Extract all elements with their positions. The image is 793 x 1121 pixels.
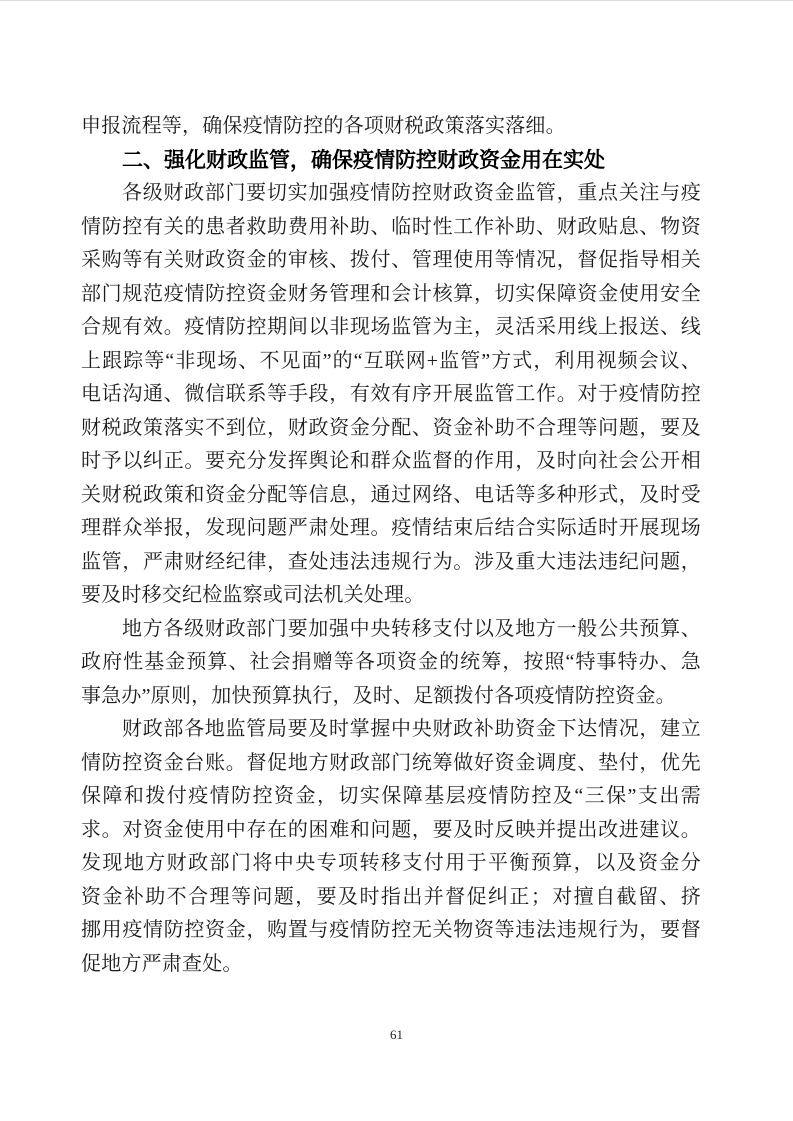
paragraph3-line: 发现地方财政部门将中央专项转移支付用于平衡预算，以及资金分配、 <box>81 847 701 881</box>
paragraph3-line: 保障和拨付疫情防控资金，切实保障基层疫情防控及“三保”支出需 <box>81 780 701 814</box>
paragraph1-line: 电话沟通、微信联系等手段，有效有序开展监管工作。对于疫情防控 <box>81 378 701 412</box>
paragraph1-last-line: 要及时移交纪检监察或司法机关处理。 <box>81 579 701 613</box>
document-body: 申报流程等，确保疫情防控的各项财税政策落实落细。 二、强化财政监管，确保疫情防控… <box>81 110 701 981</box>
paragraph2-line: 政府性基金预算、社会捐赠等各项资金的统筹，按照“特事特办、急 <box>81 646 701 680</box>
paragraph3-last-line: 促地方严肃查处。 <box>81 948 701 982</box>
paragraph3-line: 挪用疫情防控资金，购置与疫情防控无关物资等违法违规行为，要督 <box>81 914 701 948</box>
paragraph3-line: 情防控资金台账。督促地方财政部门统筹做好资金调度、垫付，优先 <box>81 747 701 781</box>
paragraph3-line: 财政部各地监管局要及时掌握中央财政补助资金下达情况，建立疫 <box>81 713 701 747</box>
paragraph1-line: 理群众举报，发现问题严肃处理。疫情结束后结合实际适时开展现场 <box>81 512 701 546</box>
paragraph1-line: 各级财政部门要切实加强疫情防控财政资金监管，重点关注与疫 <box>81 177 701 211</box>
section-heading: 二、强化财政监管，确保疫情防控财政资金用在实处 <box>81 144 701 178</box>
document-page: 申报流程等，确保疫情防控的各项财税政策落实落细。 二、强化财政监管，确保疫情防控… <box>0 0 793 1121</box>
paragraph-continuation-line: 申报流程等，确保疫情防控的各项财税政策落实落细。 <box>81 110 701 144</box>
scan-top-edge <box>0 0 793 1</box>
paragraph1-line: 时予以纠正。要充分发挥舆论和群众监督的作用，及时向社会公开相 <box>81 445 701 479</box>
paragraph1-line: 采购等有关财政资金的审核、拨付、管理使用等情况，督促指导相关 <box>81 244 701 278</box>
paragraph3-line: 求。对资金使用中存在的困难和问题，要及时反映并提出改进建议。 <box>81 814 701 848</box>
paragraph1-line: 情防控有关的患者救助费用补助、临时性工作补助、财政贴息、物资 <box>81 211 701 245</box>
paragraph1-line: 上跟踪等“非现场、不见面”的“互联网+监管”方式，利用视频会议、 <box>81 345 701 379</box>
paragraph2-line: 地方各级财政部门要加强中央转移支付以及地方一般公共预算、 <box>81 613 701 647</box>
paragraph1-line: 部门规范疫情防控资金财务管理和会计核算，切实保障资金使用安全 <box>81 278 701 312</box>
paragraph1-line: 关财税政策和资金分配等信息，通过网络、电话等多种形式，及时受 <box>81 479 701 513</box>
page-number: 61 <box>0 1027 793 1043</box>
paragraph1-line: 合规有效。疫情防控期间以非现场监管为主，灵活采用线上报送、线 <box>81 311 701 345</box>
paragraph1-line: 监管，严肃财经纪律，查处违法违规行为。涉及重大违法违纪问题， <box>81 546 701 580</box>
paragraph3-line: 资金补助不合理等问题，要及时指出并督促纠正；对擅自截留、挤占、 <box>81 881 701 915</box>
paragraph1-line: 财税政策落实不到位，财政资金分配、资金补助不合理等问题，要及 <box>81 412 701 446</box>
paragraph2-last-line: 事急办”原则，加快预算执行，及时、足额拨付各项疫情防控资金。 <box>81 680 701 714</box>
